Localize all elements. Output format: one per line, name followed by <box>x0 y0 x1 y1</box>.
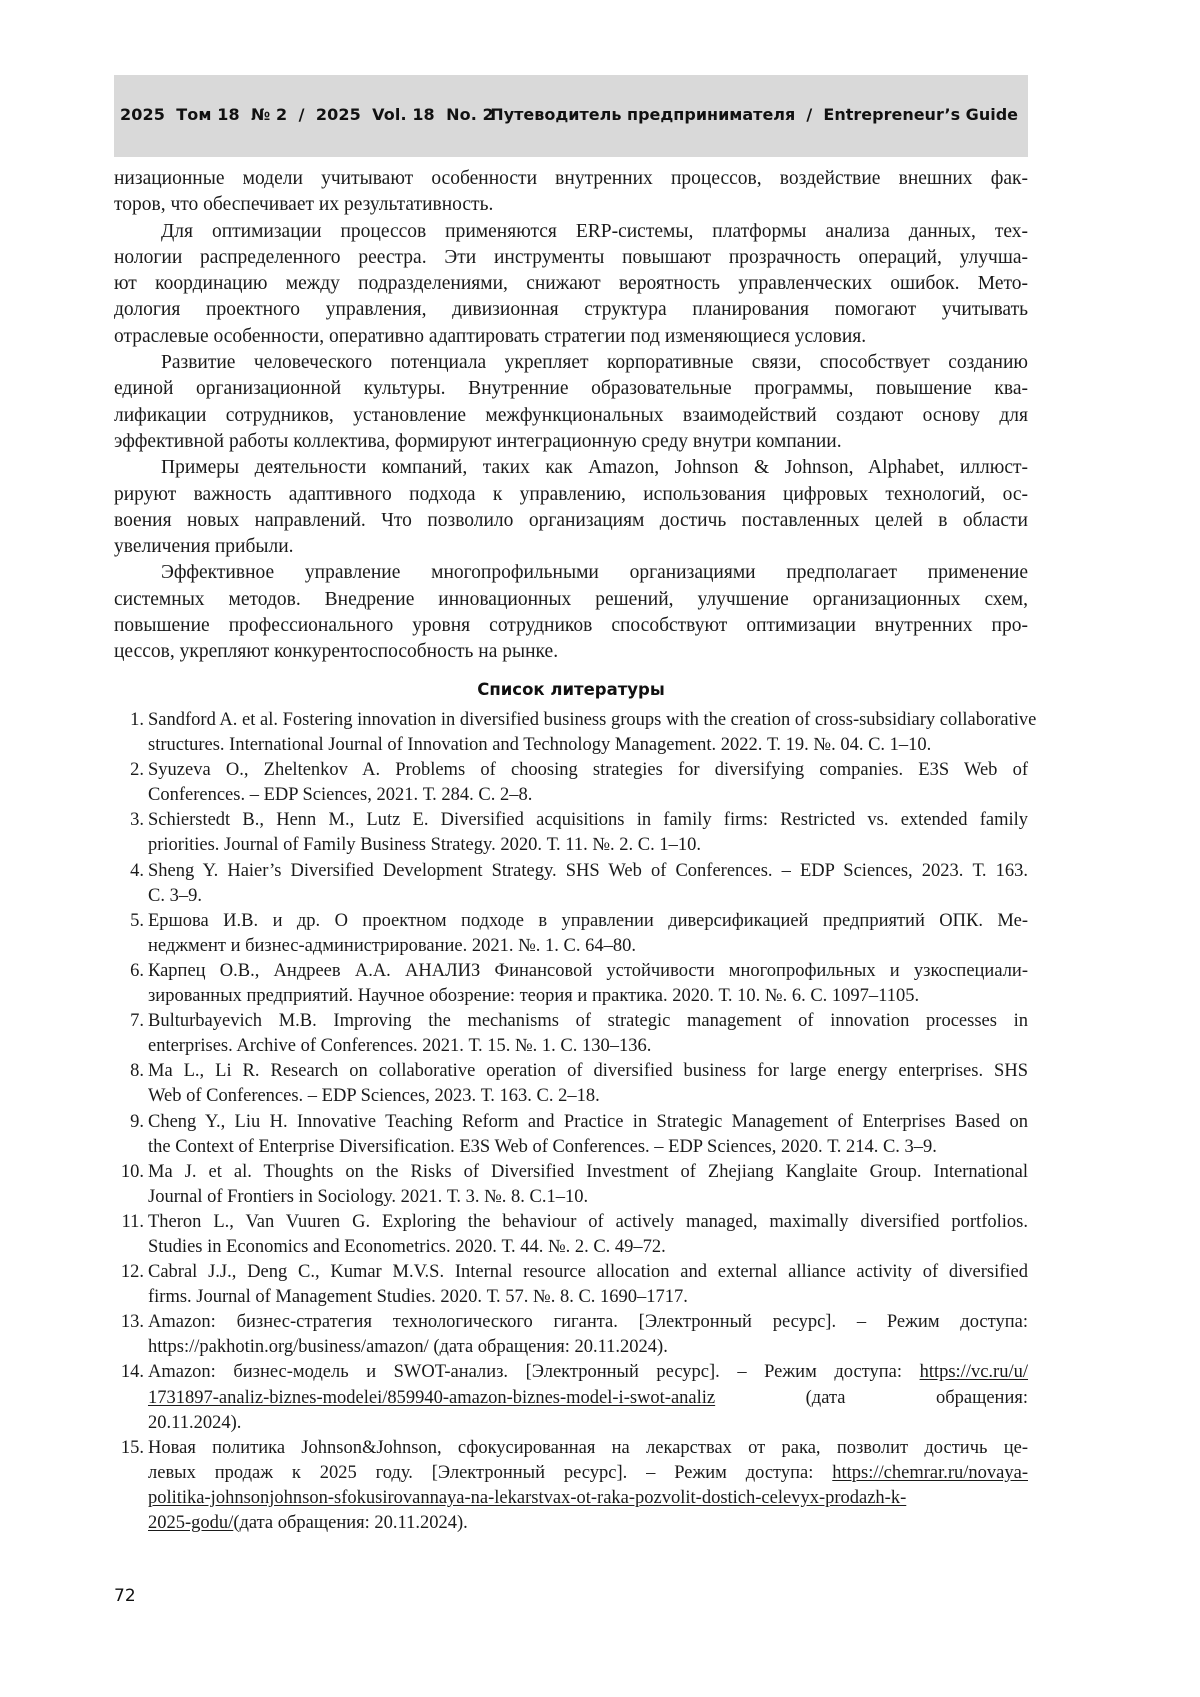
reference-line: Theron L., Van Vuuren G. Exploring the b… <box>148 1210 1028 1235</box>
reference-text: Новая политика Johnson&Johnson, сфокусир… <box>148 1438 1028 1458</box>
text-line: Эффективное управление многопрофильными … <box>114 560 1028 586</box>
reference-text: Sandford A. et al. Fostering innovation … <box>148 710 1036 730</box>
reference-line: Amazon: бизнес-модель и SWOT-анализ. [Эл… <box>148 1360 1028 1385</box>
reference-number: 10. <box>114 1160 144 1185</box>
reference-item: 5.Ершова И.В. и др. О проектном подходе … <box>114 909 1028 959</box>
reference-line: 2025-godu/(дата обращения: 20.11.2024). <box>148 1511 1028 1536</box>
reference-line: Cheng Y., Liu H. Innovative Teaching Ref… <box>148 1110 1028 1135</box>
reference-text: Conferences. – EDP Sciences, 2021. Т. 28… <box>148 785 532 805</box>
reference-text: Ершова И.В. и др. О проектном подходе в … <box>148 911 1028 931</box>
running-header: 2025 Том 18 № 2 / 2025 Vol. 18 No. 2 Пут… <box>114 75 1028 157</box>
reference-line: Карпец О.В., Андреев А.А. АНАЛИЗ Финансо… <box>148 959 1028 984</box>
reference-text: неджмент и бизнес-администрирование. 202… <box>148 936 636 956</box>
reference-line: politika-johnsonjohnson-sfokusirovannaya… <box>148 1486 1028 1511</box>
text-line: системных методов. Внедрение инновационн… <box>114 587 1028 613</box>
reference-line: Bulturbayevich M.B. Improving the mechan… <box>148 1009 1028 1034</box>
reference-item: 13.Amazon: бизнес-стратегия технологичес… <box>114 1310 1028 1360</box>
reference-line: левых продаж к 2025 году. [Электронный р… <box>148 1461 1028 1486</box>
reference-url-link[interactable]: politika-johnsonjohnson-sfokusirovannaya… <box>148 1488 906 1508</box>
reference-line: Новая политика Johnson&Johnson, сфокусир… <box>148 1436 1028 1461</box>
references-list: 1.Sandford A. et al. Fostering innovatio… <box>114 708 1028 1536</box>
reference-line: Studies in Economics and Econometrics. 2… <box>148 1235 1028 1260</box>
reference-line: https://pakhotin.org/business/amazon/ (д… <box>148 1335 1028 1360</box>
reference-text: firms. Journal of Management Studies. 20… <box>148 1287 688 1307</box>
reference-number: 3. <box>114 808 144 833</box>
reference-number: 13. <box>114 1310 144 1335</box>
text-line: отраслевые особенности, оперативно адапт… <box>114 324 1028 350</box>
reference-url-link[interactable]: https://chemrar.ru/novaya- <box>832 1463 1028 1483</box>
reference-item: 7.Bulturbayevich M.B. Improving the mech… <box>114 1009 1028 1059</box>
reference-url-link[interactable]: https://vc.ru/u/ <box>920 1362 1028 1382</box>
text-line: низационные модели учитывают особенности… <box>114 166 1028 192</box>
article-body: низационные модели учитывают особенности… <box>114 166 1028 666</box>
reference-text: Journal of Frontiers in Sociology. 2021.… <box>148 1187 588 1207</box>
text-line: торов, что обеспечивает их результативно… <box>114 192 1028 218</box>
reference-item: 14.Amazon: бизнес-модель и SWOT-анализ. … <box>114 1360 1028 1435</box>
reference-line: Journal of Frontiers in Sociology. 2021.… <box>148 1185 1028 1210</box>
reference-number: 14. <box>114 1360 144 1385</box>
text-line: Примеры деятельности компаний, таких как… <box>114 455 1028 481</box>
reference-text: Ma L., Li R. Research on collaborative o… <box>148 1061 1028 1081</box>
reference-text: Bulturbayevich M.B. Improving the mechan… <box>148 1011 1028 1031</box>
journal-title: Путеводитель предпринимателя / Entrepren… <box>490 105 1018 124</box>
reference-line: Ершова И.В. и др. О проектном подходе в … <box>148 909 1028 934</box>
text-line: единой организационной культуры. Внутрен… <box>114 376 1028 402</box>
reference-item: 8.Ma L., Li R. Research on collaborative… <box>114 1059 1028 1109</box>
reference-line: Amazon: бизнес-стратегия технологическог… <box>148 1310 1028 1335</box>
text-line: лификации сотрудников, установление межф… <box>114 403 1028 429</box>
reference-text: (дата обращения: <box>715 1388 1028 1408</box>
reference-url-link[interactable]: 1731897-analiz-biznes-modelei/859940-ama… <box>148 1388 715 1408</box>
reference-text: Sheng Y. Haier’s Diversified Development… <box>148 861 1028 881</box>
references-heading: Список литературы <box>114 680 1028 699</box>
text-line: ют координацию между подразделениями, сн… <box>114 271 1028 297</box>
reference-text: Cabral J.J., Deng C., Kumar M.V.S. Inter… <box>148 1262 1028 1282</box>
reference-line: Conferences. – EDP Sciences, 2021. Т. 28… <box>148 783 1028 808</box>
reference-line: неджмент и бизнес-администрирование. 202… <box>148 934 1028 959</box>
paragraph: Для оптимизации процессов применяются ER… <box>114 219 1028 350</box>
text-line: Развитие человеческого потенциала укрепл… <box>114 350 1028 376</box>
reference-text: Cheng Y., Liu H. Innovative Teaching Ref… <box>148 1112 1028 1132</box>
reference-text: Studies in Economics and Econometrics. 2… <box>148 1237 666 1257</box>
reference-item: 10.Ma J. et al. Thoughts on the Risks of… <box>114 1160 1028 1210</box>
reference-line: enterprises. Archive of Conferences. 202… <box>148 1034 1028 1059</box>
reference-item: 12.Cabral J.J., Deng C., Kumar M.V.S. In… <box>114 1260 1028 1310</box>
text-line: рируют важность адаптивного подхода к уп… <box>114 482 1028 508</box>
reference-line: С. 3–9. <box>148 884 1028 909</box>
text-line: Для оптимизации процессов применяются ER… <box>114 219 1028 245</box>
reference-line: 20.11.2024). <box>148 1411 1028 1436</box>
reference-line: the Context of Enterprise Diversificatio… <box>148 1135 1028 1160</box>
reference-line: Sandford A. et al. Fostering innovation … <box>148 708 1028 733</box>
reference-text: Web of Conferences. – EDP Sciences, 2023… <box>148 1086 600 1106</box>
text-line: эффективной работы коллектива, формируют… <box>114 429 1028 455</box>
reference-text: https://pakhotin.org/business/amazon/ (д… <box>148 1337 668 1357</box>
reference-number: 8. <box>114 1059 144 1084</box>
reference-item: 11.Theron L., Van Vuuren G. Exploring th… <box>114 1210 1028 1260</box>
reference-text: 20.11.2024). <box>148 1413 241 1433</box>
text-line: повышение профессионального уровня сотру… <box>114 613 1028 639</box>
reference-line: Ma J. et al. Thoughts on the Risks of Di… <box>148 1160 1028 1185</box>
reference-text: the Context of Enterprise Diversificatio… <box>148 1137 937 1157</box>
text-line: увеличения прибыли. <box>114 534 1028 560</box>
reference-number: 6. <box>114 959 144 984</box>
paragraph: низационные модели учитывают особенности… <box>114 166 1028 219</box>
text-line: цессов, укрепляют конкурентоспособность … <box>114 639 1028 665</box>
reference-item: 15.Новая политика Johnson&Johnson, сфоку… <box>114 1436 1028 1536</box>
reference-line: Syuzeva O., Zheltenkov A. Problems of ch… <box>148 758 1028 783</box>
reference-text: Schierstedt B., Henn M., Lutz E. Diversi… <box>148 810 1028 830</box>
reference-number: 1. <box>114 708 144 733</box>
reference-number: 11. <box>114 1210 144 1235</box>
paragraph: Развитие человеческого потенциала укрепл… <box>114 350 1028 455</box>
reference-line: 1731897-analiz-biznes-modelei/859940-ama… <box>148 1386 1028 1411</box>
reference-number: 2. <box>114 758 144 783</box>
text-line: воения новых направлений. Что позволило … <box>114 508 1028 534</box>
text-line: нологии распределенного реестра. Эти инс… <box>114 245 1028 271</box>
reference-item: 6.Карпец О.В., Андреев А.А. АНАЛИЗ Финан… <box>114 959 1028 1009</box>
reference-line: structures. International Journal of Inn… <box>148 733 1028 758</box>
reference-number: 7. <box>114 1009 144 1034</box>
reference-text: (дата обращения: 20.11.2024). <box>233 1513 467 1533</box>
paragraph: Примеры деятельности компаний, таких как… <box>114 455 1028 560</box>
reference-text: priorities. Journal of Family Business S… <box>148 835 701 855</box>
paragraph: Эффективное управление многопрофильными … <box>114 560 1028 665</box>
reference-line: firms. Journal of Management Studies. 20… <box>148 1285 1028 1310</box>
reference-url-link[interactable]: 2025-godu/ <box>148 1513 233 1533</box>
reference-item: 9.Cheng Y., Liu H. Innovative Teaching R… <box>114 1110 1028 1160</box>
reference-line: зированных предприятий. Научное обозрени… <box>148 984 1028 1009</box>
journal-page: 2025 Том 18 № 2 / 2025 Vol. 18 No. 2 Пут… <box>0 0 1200 1697</box>
reference-text: structures. International Journal of Inn… <box>148 735 931 755</box>
reference-item: 3.Schierstedt B., Henn M., Lutz E. Diver… <box>114 808 1028 858</box>
reference-line: priorities. Journal of Family Business S… <box>148 833 1028 858</box>
reference-number: 9. <box>114 1110 144 1135</box>
reference-item: 1.Sandford A. et al. Fostering innovatio… <box>114 708 1028 758</box>
reference-text: Syuzeva O., Zheltenkov A. Problems of ch… <box>148 760 1028 780</box>
reference-text: С. 3–9. <box>148 886 202 906</box>
reference-line: Sheng Y. Haier’s Diversified Development… <box>148 859 1028 884</box>
volume-info: 2025 Том 18 № 2 / 2025 Vol. 18 No. 2 <box>120 105 494 124</box>
reference-text: зированных предприятий. Научное обозрени… <box>148 986 919 1006</box>
reference-text: enterprises. Archive of Conferences. 202… <box>148 1036 651 1056</box>
page-number: 72 <box>114 1586 136 1606</box>
reference-line: Web of Conferences. – EDP Sciences, 2023… <box>148 1084 1028 1109</box>
reference-number: 12. <box>114 1260 144 1285</box>
reference-text: Amazon: бизнес-модель и SWOT-анализ. [Эл… <box>148 1362 920 1382</box>
reference-item: 2.Syuzeva O., Zheltenkov A. Problems of … <box>114 758 1028 808</box>
reference-item: 4.Sheng Y. Haier’s Diversified Developme… <box>114 859 1028 909</box>
reference-text: Theron L., Van Vuuren G. Exploring the b… <box>148 1212 1028 1232</box>
reference-text: Карпец О.В., Андреев А.А. АНАЛИЗ Финансо… <box>148 961 1028 981</box>
reference-line: Ma L., Li R. Research on collaborative o… <box>148 1059 1028 1084</box>
text-line: дология проектного управления, дивизионн… <box>114 297 1028 323</box>
reference-text: Amazon: бизнес-стратегия технологическог… <box>148 1312 1028 1332</box>
reference-number: 5. <box>114 909 144 934</box>
reference-text: Ma J. et al. Thoughts on the Risks of Di… <box>148 1162 1028 1182</box>
reference-line: Schierstedt B., Henn M., Lutz E. Diversi… <box>148 808 1028 833</box>
reference-number: 4. <box>114 859 144 884</box>
reference-text: левых продаж к 2025 году. [Электронный р… <box>148 1463 832 1483</box>
reference-line: Cabral J.J., Deng C., Kumar M.V.S. Inter… <box>148 1260 1028 1285</box>
reference-number: 15. <box>114 1436 144 1461</box>
